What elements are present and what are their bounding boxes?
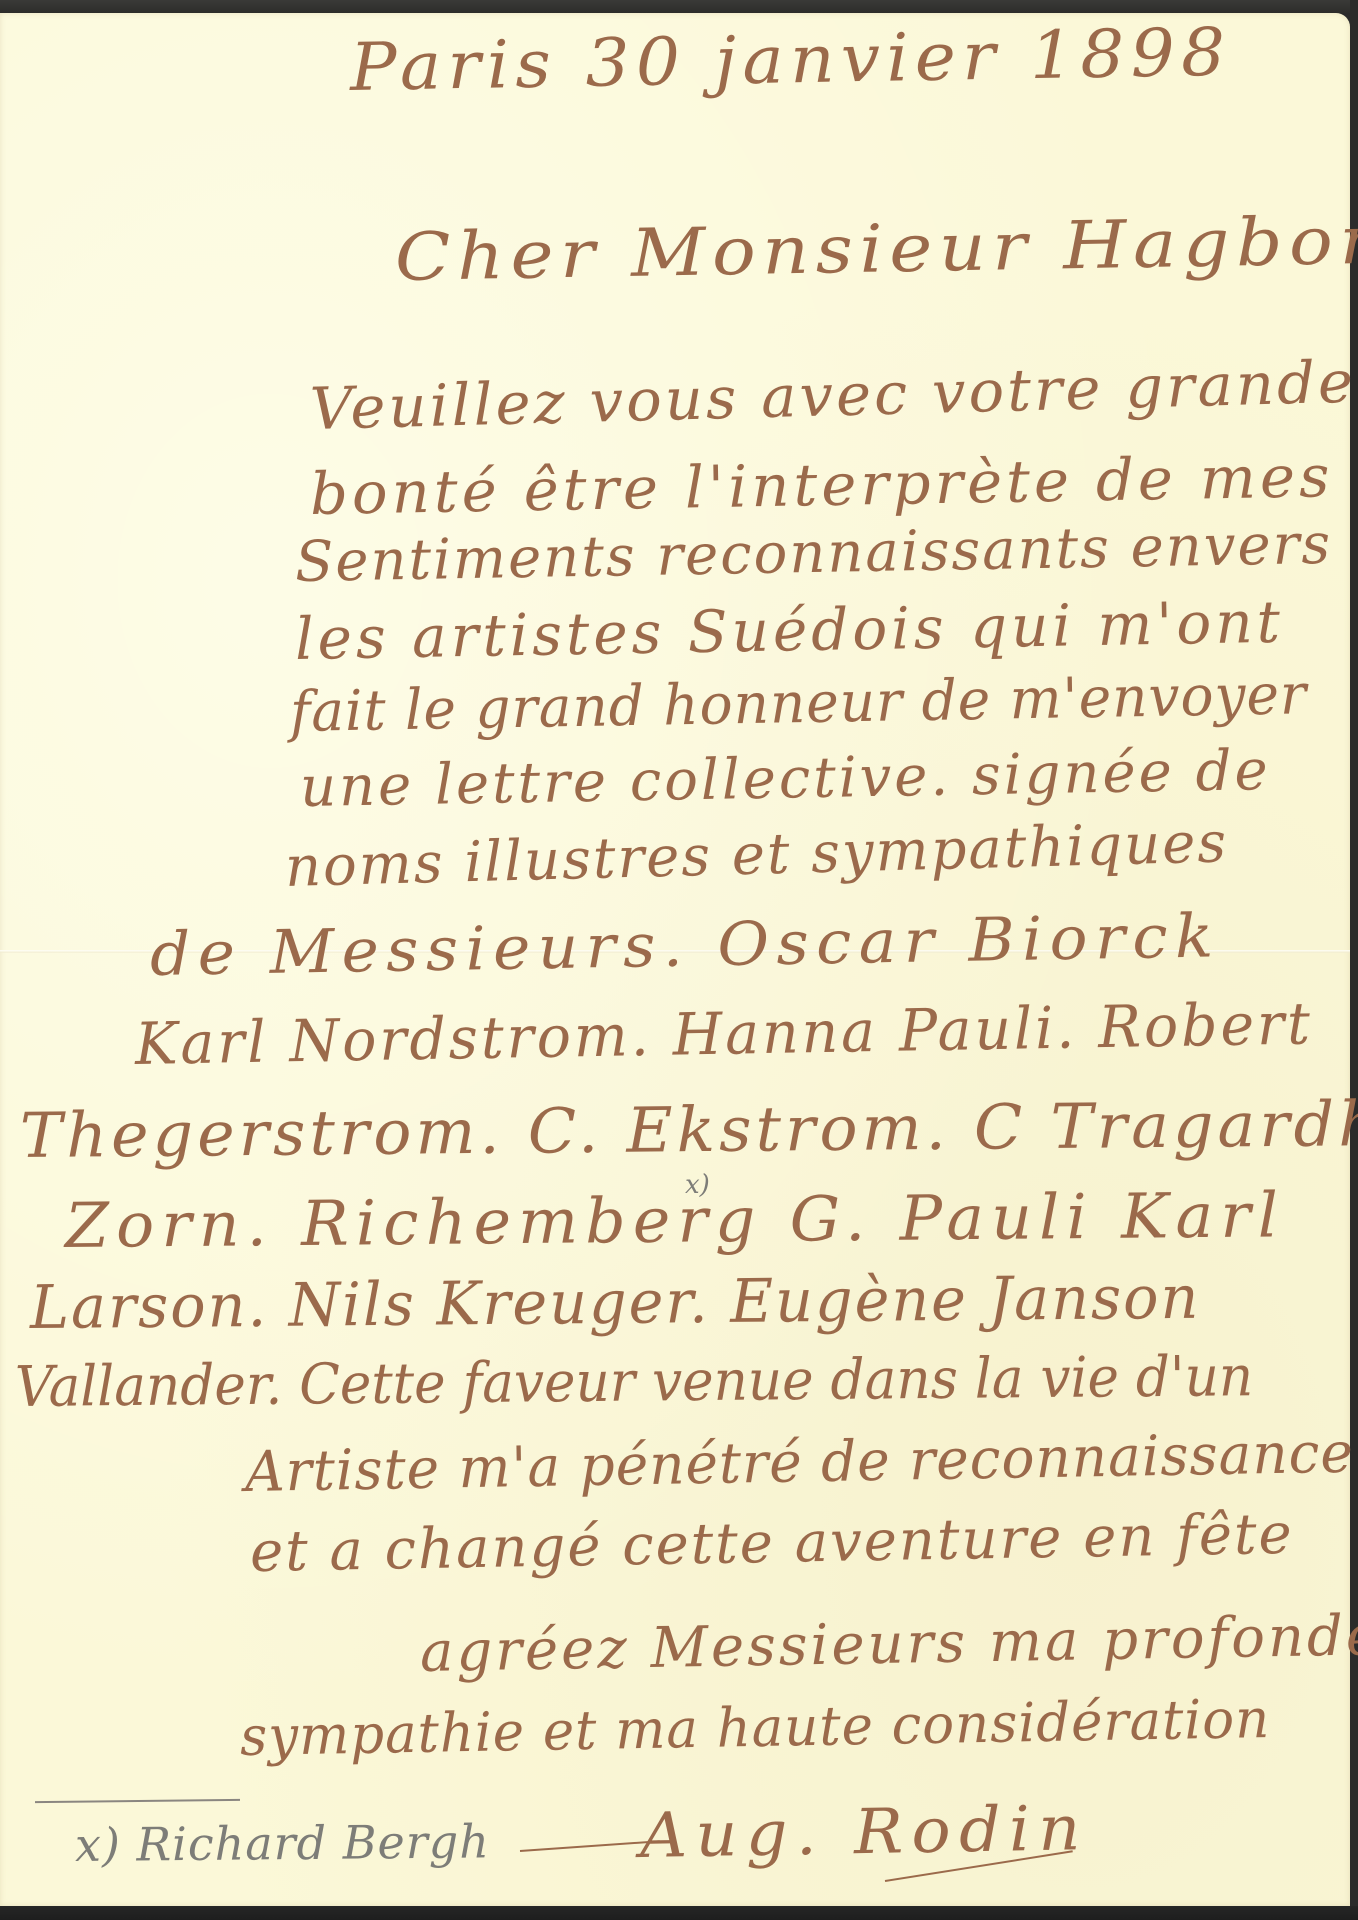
scan-frame-top: [0, 0, 1358, 13]
body-line: Larson. Nils Kreuger. Eugène Janson: [30, 1268, 1201, 1338]
body-line: de Messieurs. Oscar Biorck: [149, 906, 1221, 985]
body-line: bonté être l'interprète de mes: [309, 447, 1334, 523]
body-line: Vallander. Cette faveur venue dans la vi…: [15, 1349, 1254, 1416]
body-line: les artistes Suédois qui m'ont: [294, 593, 1284, 668]
scan-frame-bottom: [0, 1906, 1358, 1920]
body-line: Zorn. Richemberg G. Pauli Karl: [65, 1184, 1286, 1257]
footnote: x) Richard Bergh: [75, 1818, 490, 1868]
body-line: Thegerstrom. C. Ekstrom. C Tragardh: [20, 1093, 1358, 1167]
dateline: Paris 30 janvier 1898: [349, 20, 1232, 101]
signature: Aug. Rodin: [639, 1797, 1089, 1867]
body-line: agréez Messieurs ma profonde: [420, 1608, 1358, 1681]
body-line: une lettre collective. signée de: [300, 743, 1272, 816]
salutation: Cher Monsieur Hagborg: [394, 207, 1358, 291]
